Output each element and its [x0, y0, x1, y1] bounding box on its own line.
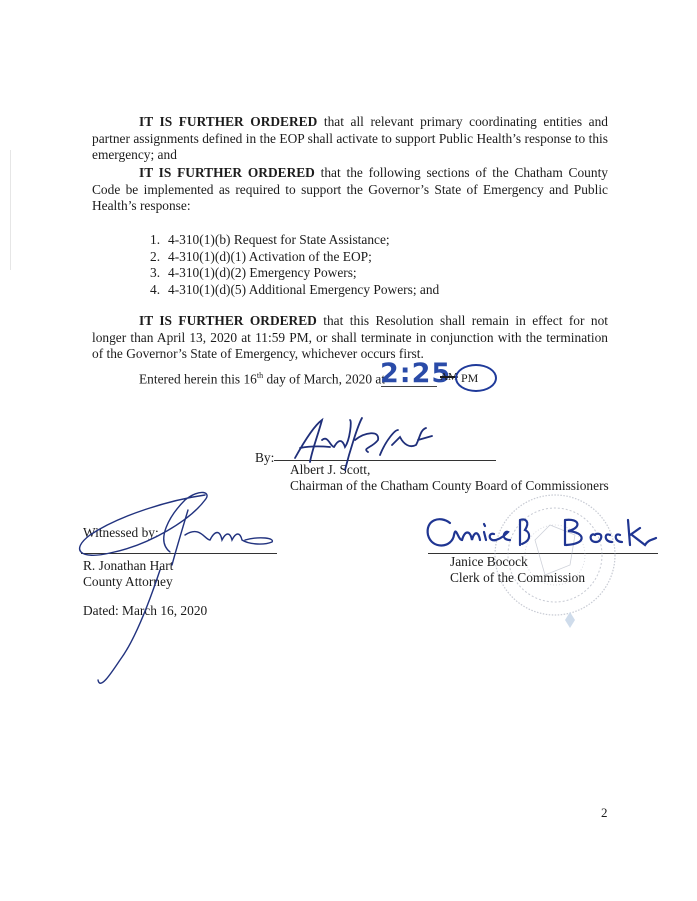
dated-line: Dated: March 16, 2020 [83, 603, 207, 619]
list-text: 4-310(1)(d)(5) Additional Emergency Powe… [168, 282, 439, 297]
clerk-name: Janice Bocock [450, 554, 585, 570]
list-number: 2. [150, 249, 168, 266]
list-number: 3. [150, 265, 168, 282]
entered-prefix: Entered herein this 16 [139, 371, 257, 386]
paragraph-code-sections: IT IS FURTHER ORDERED that the following… [92, 165, 608, 215]
scan-edge-line [10, 150, 11, 270]
chairman-name: Albert J. Scott, [290, 462, 609, 478]
paragraph-effective-period: IT IS FURTHER ORDERED that this Resoluti… [92, 313, 608, 363]
list-item: 1.4-310(1)(b) Request for State Assistan… [150, 232, 439, 249]
paragraph-lead: IT IS FURTHER ORDERED [139, 313, 317, 328]
chairman-title: Chairman of the Chatham County Board of … [290, 478, 609, 494]
attorney-title: County Attorney [83, 574, 173, 590]
list-number: 4. [150, 282, 168, 299]
witness-label: Witnessed by: [83, 525, 159, 541]
list-item: 4.4-310(1)(d)(5) Additional Emergency Po… [150, 282, 439, 299]
chairman-signature-line [274, 460, 496, 461]
paragraph-eop-activation: IT IS FURTHER ORDERED that all relevant … [92, 114, 608, 164]
entered-date-line: Entered herein this 16th day of March, 2… [139, 371, 385, 387]
attorney-block: R. Jonathan Hart County Attorney [83, 558, 173, 590]
list-item: 2.4-310(1)(d)(1) Activation of the EOP; [150, 249, 439, 266]
clerk-block: Janice Bocock Clerk of the Commission [450, 554, 585, 586]
attorney-name: R. Jonathan Hart [83, 558, 173, 574]
list-text: 4-310(1)(d)(2) Emergency Powers; [168, 265, 357, 280]
pm-circle-mark [455, 364, 497, 392]
list-number: 1. [150, 232, 168, 249]
list-text: 4-310(1)(d)(1) Activation of the EOP; [168, 249, 372, 264]
time-underline [381, 386, 437, 387]
paragraph-lead: IT IS FURTHER ORDERED [139, 165, 315, 180]
page-number: 2 [601, 805, 608, 821]
list-item: 3.4-310(1)(d)(2) Emergency Powers; [150, 265, 439, 282]
paragraph-lead: IT IS FURTHER ORDERED [139, 114, 317, 129]
chairman-block: Albert J. Scott, Chairman of the Chatham… [290, 462, 609, 494]
clerk-signature [428, 519, 656, 545]
by-label: By: [255, 450, 274, 466]
entered-suffix: day of March, 2020 at [263, 371, 385, 386]
clerk-title: Clerk of the Commission [450, 570, 585, 586]
witness-signature-line [81, 553, 277, 554]
list-text: 4-310(1)(b) Request for State Assistance… [168, 232, 390, 247]
code-section-list: 1.4-310(1)(b) Request for State Assistan… [150, 232, 439, 298]
